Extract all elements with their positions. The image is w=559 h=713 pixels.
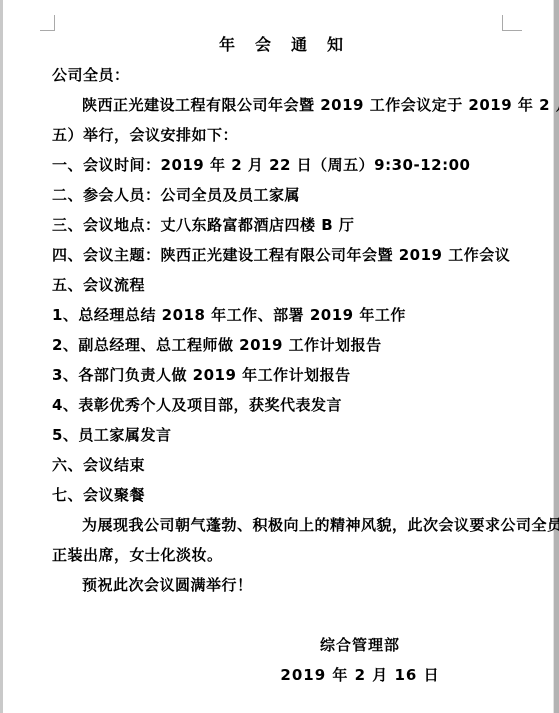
item-theme: 四、会议主题：陕西正光建设工程有限公司年会暨 2019 工作会议 <box>52 240 512 270</box>
signature-block: 综合管理部 2019 年 2 月 16 日 <box>270 630 450 690</box>
dresscode-paragraph-line-2: 正装出席，女士化淡妆。 <box>52 540 512 570</box>
intro-paragraph-line-2: 五）举行，会议安排如下： <box>52 120 512 150</box>
agenda-step-1: 1、总经理总结 2018 年工作、部署 2019 年工作 <box>52 300 512 330</box>
signature-date: 2019 年 2 月 16 日 <box>270 660 450 690</box>
item-dinner: 七、会议聚餐 <box>52 480 512 510</box>
salutation-line: 公司全员： <box>52 60 512 90</box>
dresscode-paragraph-line-1: 为展现我公司朝气蓬勃、积极向上的精神风貌，此次会议要求公司全员着 <box>52 510 512 540</box>
item-meeting-time: 一、会议时间：2019 年 2 月 22 日（周五）9:30-12:00 <box>52 150 512 180</box>
closing-wish-line: 预祝此次会议圆满举行！ <box>52 570 512 600</box>
document-body: 年 会 通 知 公司全员： 陕西正光建设工程有限公司年会暨 2019 工作会议定… <box>52 30 512 690</box>
agenda-step-3: 3、各部门负责人做 2019 年工作计划报告 <box>52 360 512 390</box>
workspace-edge-left <box>0 0 3 713</box>
item-attendees: 二、参会人员：公司全员及员工家属 <box>52 180 512 210</box>
item-meeting-end: 六、会议结束 <box>52 450 512 480</box>
margin-crop-mark-top-left <box>40 15 55 31</box>
agenda-step-2: 2、副总经理、总工程师做 2019 工作计划报告 <box>52 330 512 360</box>
document-page: 年 会 通 知 公司全员： 陕西正光建设工程有限公司年会暨 2019 工作会议定… <box>0 0 559 713</box>
agenda-step-4: 4、表彰优秀个人及项目部，获奖代表发言 <box>52 390 512 420</box>
agenda-step-5: 5、员工家属发言 <box>52 420 512 450</box>
item-location: 三、会议地点：丈八东路富都酒店四楼 B 厅 <box>52 210 512 240</box>
margin-crop-mark-top-right <box>502 15 522 31</box>
intro-paragraph-line-1: 陕西正光建设工程有限公司年会暨 2019 工作会议定于 2019 年 2 月 2… <box>52 90 512 120</box>
item-agenda-heading: 五、会议流程 <box>52 270 512 300</box>
document-title: 年 会 通 知 <box>52 30 512 60</box>
signature-department: 综合管理部 <box>270 630 450 660</box>
